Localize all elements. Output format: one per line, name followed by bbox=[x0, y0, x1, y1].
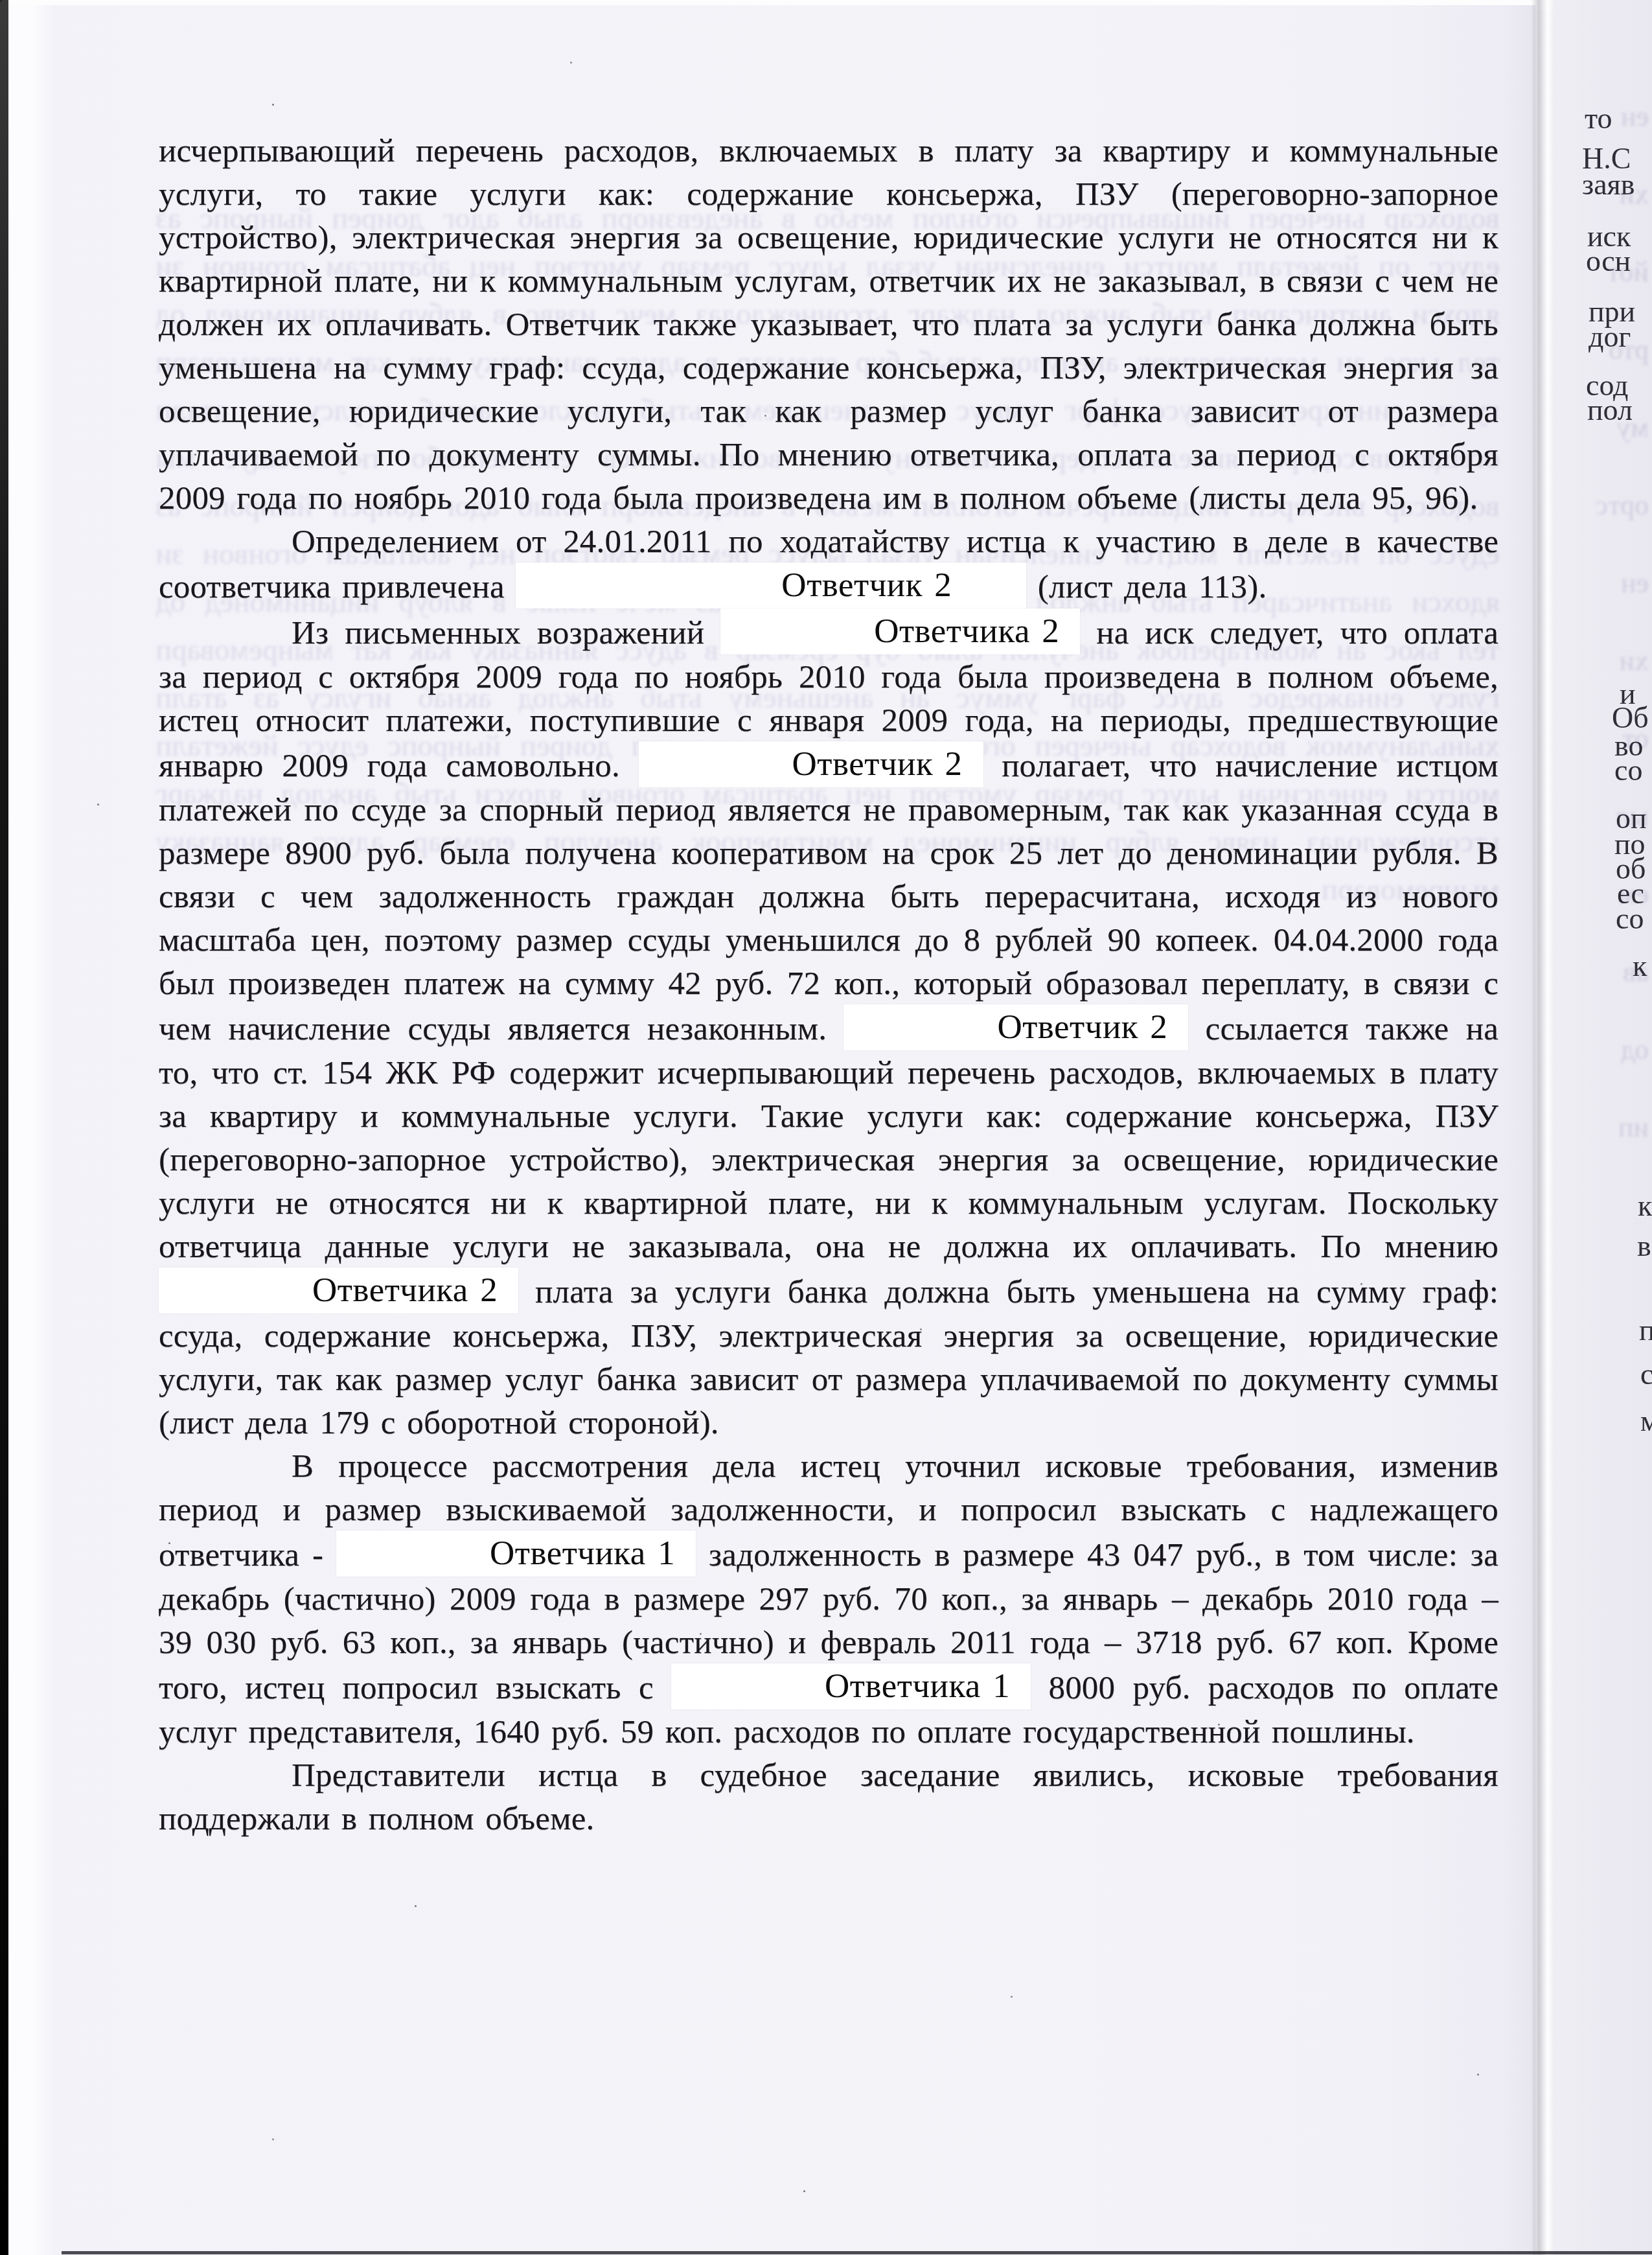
adjacent-page-fragment: то bbox=[1585, 104, 1612, 133]
scan-noise-specks bbox=[0, 0, 2, 2]
scanned-court-document-page: водохсар ьнечереп йищавыпречси огонлоп м… bbox=[0, 0, 1652, 2255]
adjacent-page-fragment: с bbox=[1640, 1359, 1652, 1389]
adjacent-page-fragment: к bbox=[1633, 951, 1647, 981]
adjacent-page-fragment: к bbox=[1638, 1191, 1652, 1221]
adjacent-page-fragment: пол bbox=[1587, 395, 1633, 425]
adjacent-page-fragment: м bbox=[1640, 1406, 1652, 1436]
adjacent-page-fragment: со bbox=[1614, 756, 1642, 785]
adjacent-page-fragment: заяв bbox=[1582, 170, 1635, 200]
adjacent-page-fragment: в bbox=[1637, 1231, 1651, 1261]
adjacent-page-fragment: дог bbox=[1589, 322, 1631, 352]
scan-bottom-edge bbox=[62, 2251, 1652, 2254]
adjacent-page-fragment: со bbox=[1616, 904, 1644, 934]
adjacent-page-fragment: п bbox=[1639, 1315, 1652, 1345]
adjacent-page-fragment: осн bbox=[1586, 246, 1631, 276]
adjacent-page-text-fragments: то Н.С заяв иск осн при дог сод пол и Об… bbox=[0, 0, 1652, 2255]
